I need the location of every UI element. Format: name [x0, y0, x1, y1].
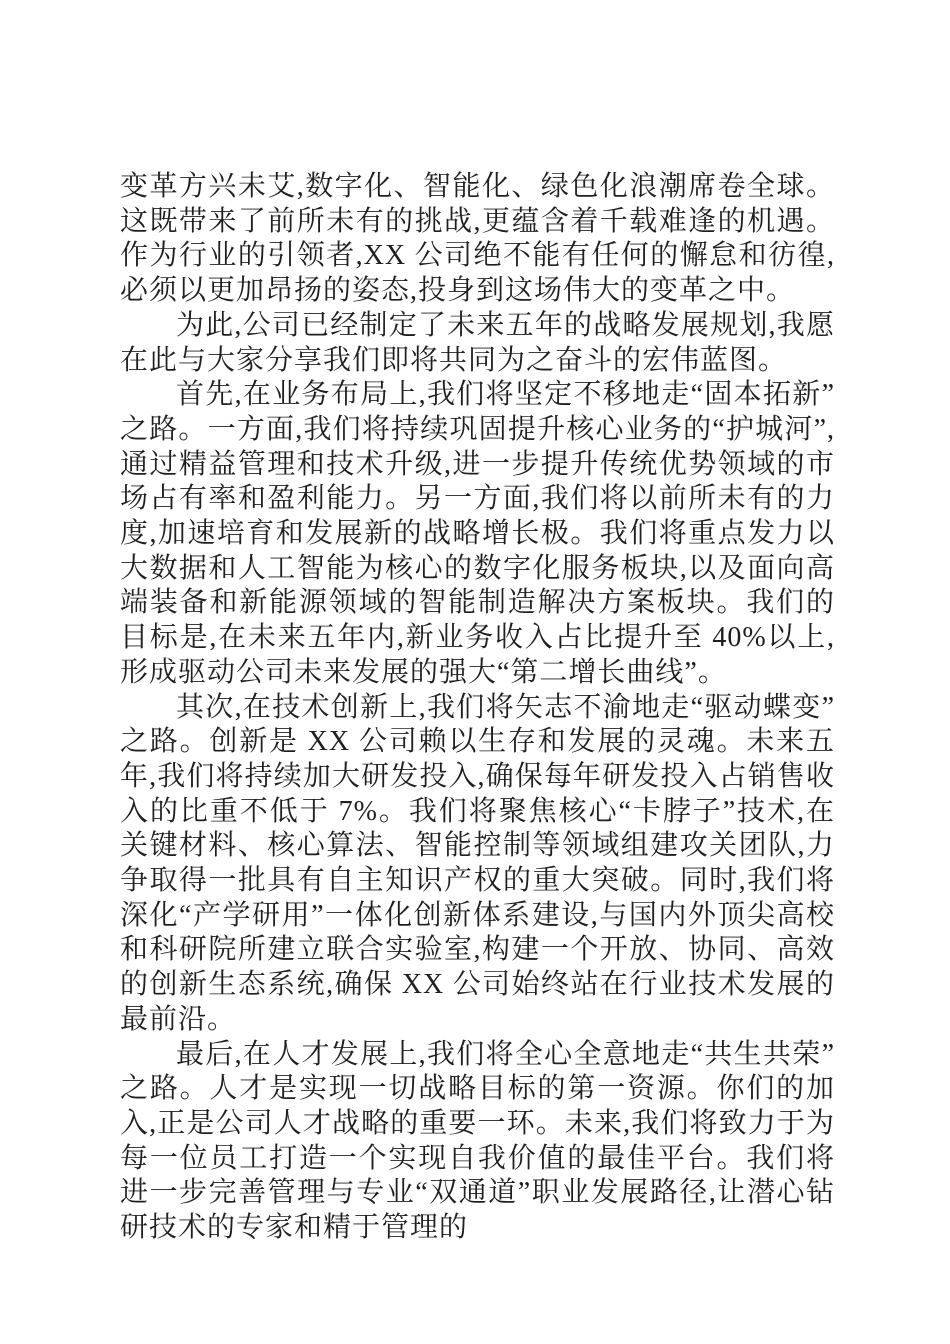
paragraph: 为此,公司已经制定了未来五年的战略发展规划,我愿在此与大家分享我们即将共同为之奋…	[120, 309, 835, 378]
paragraph: 其次,在技术创新上,我们将矢志不渝地走“驱动蝶变”之路。创新是 XX 公司赖以生…	[120, 691, 835, 1038]
paragraph: 变革方兴未艾,数字化、智能化、绿色化浪潮席卷全球。这既带来了前所未有的挑战,更蕴…	[120, 170, 835, 309]
paragraph: 首先,在业务布局上,我们将坚定不移地走“固本拓新”之路。一方面,我们将持续巩固提…	[120, 378, 835, 690]
paragraph: 最后,在人才发展上,我们将全心全意地走“共生共荣”之路。人才是实现一切战略目标的…	[120, 1038, 835, 1246]
document-body: 变革方兴未艾,数字化、智能化、绿色化浪潮席卷全球。这既带来了前所未有的挑战,更蕴…	[120, 170, 835, 1246]
document-page: 变革方兴未艾,数字化、智能化、绿色化浪潮席卷全球。这既带来了前所未有的挑战,更蕴…	[0, 0, 950, 1344]
